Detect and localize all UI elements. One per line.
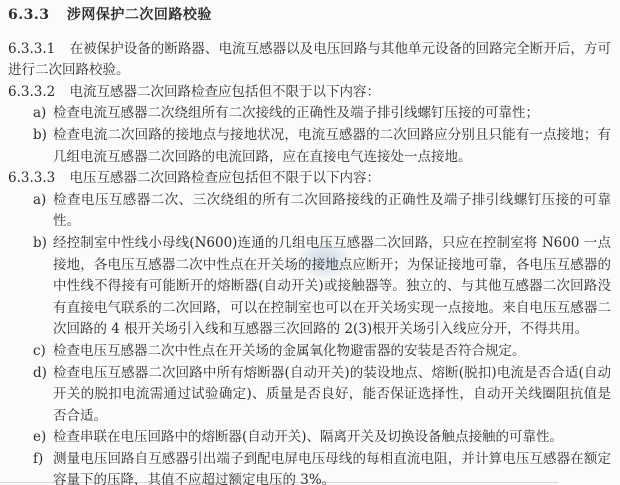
- list-item-text: 检查电压互感器二次、三次绕组的所有二次回路接线的正确性及端子排引线螺钉压接的可靠…: [53, 190, 611, 233]
- list-item-text: 经控制室中性线小母线(N600)连通的几组电压互感器二次回路，只应在控制室将 N…: [53, 233, 611, 341]
- list-item-f: f) 测量电压回路自互感器引出端子到配电屏电压母线的每相直流电阻，并计算电压互感…: [8, 449, 611, 485]
- list-item-label: a): [33, 103, 53, 125]
- list-item-label: f): [33, 449, 53, 485]
- list-item-text: 检查串联在电压回路中的熔断器(自动开关)、隔离开关及切换设备触点接触的可靠性。: [53, 427, 611, 449]
- clause-text: 电流互感器二次回路检查应包括但不限于以下内容：: [70, 84, 381, 100]
- list-item-b: b) 经控制室中性线小母线(N600)连通的几组电压互感器二次回路，只应在控制室…: [8, 233, 611, 341]
- list-item-a: a) 检查电压互感器二次、三次绕组的所有二次回路接线的正确性及端子排引线螺钉压接…: [8, 190, 611, 233]
- list-item-label: d): [33, 363, 53, 428]
- list-item-label: c): [33, 341, 53, 363]
- list-item-a: a) 检查电流互感器二次绕组所有二次接线的正确性及端子排引线螺钉压接的可靠性；: [8, 103, 611, 125]
- clause-number: 6.3.3.2: [8, 84, 55, 100]
- list-item-label: b): [33, 233, 53, 341]
- list-item-text: 检查电压互感器二次中性点在开关场的金属氧化物避雷器的安装是否符合规定。: [53, 341, 611, 363]
- list-item-label: a): [33, 190, 53, 233]
- clause-number: 6.3.3.3: [8, 170, 55, 186]
- list-item-text: 检查电压互感器二次回路中所有熔断器(自动开关)的装设地点、熔断(脱扣)电流是否合…: [53, 363, 611, 428]
- list-item-text: 测量电压回路自互感器引出端子到配电屏电压母线的每相直流电阻，并计算电压互感器在额…: [53, 449, 611, 485]
- clause-6-3-3-1: 6.3.3.1 在被保护设备的断路器、电流互感器以及电压回路与其他单元设备的回路…: [8, 39, 611, 82]
- list-item-c: c) 检查电压互感器二次中性点在开关场的金属氧化物避雷器的安装是否符合规定。: [8, 341, 611, 363]
- clause-number: 6.3.3.1: [8, 41, 55, 57]
- clause-6-3-3-3: 6.3.3.3 电压互感器二次回路检查应包括但不限于以下内容：: [8, 168, 611, 190]
- clause-text: 在被保护设备的断路器、电流互感器以及电压回路与其他单元设备的回路完全断开后，方可…: [8, 41, 611, 79]
- document-page: 6.3.3 涉网保护二次回路校验 6.3.3.1 在被保护设备的断路器、电流互感…: [0, 0, 620, 485]
- heading-title: 涉网保护二次回路校验: [67, 7, 212, 23]
- heading-number: 6.3.3: [8, 7, 49, 23]
- list-item-label: b): [33, 125, 53, 168]
- list-item-text: 检查电流互感器二次绕组所有二次接线的正确性及端子排引线螺钉压接的可靠性；: [53, 103, 611, 125]
- list-item-e: e) 检查串联在电压回路中的熔断器(自动开关)、隔离开关及切换设备触点接触的可靠…: [8, 427, 611, 449]
- list-item-d: d) 检查电压互感器二次回路中所有熔断器(自动开关)的装设地点、熔断(脱扣)电流…: [8, 363, 611, 428]
- document-content: 6.3.3 涉网保护二次回路校验 6.3.3.1 在被保护设备的断路器、电流互感…: [8, 5, 611, 485]
- section-heading: 6.3.3 涉网保护二次回路校验: [8, 5, 611, 27]
- list-item-b: b) 检查电流二次回路的接地点与接地状况，电流互感器的二次回路应分别且只能有一点…: [8, 125, 611, 168]
- clause-6-3-3-2: 6.3.3.2 电流互感器二次回路检查应包括但不限于以下内容：: [8, 82, 611, 104]
- list-item-label: e): [33, 427, 53, 449]
- clause-text: 电压互感器二次回路检查应包括但不限于以下内容：: [70, 170, 381, 186]
- list-item-text: 检查电流二次回路的接地点与接地状况，电流互感器的二次回路应分别且只能有一点接地；…: [53, 125, 611, 168]
